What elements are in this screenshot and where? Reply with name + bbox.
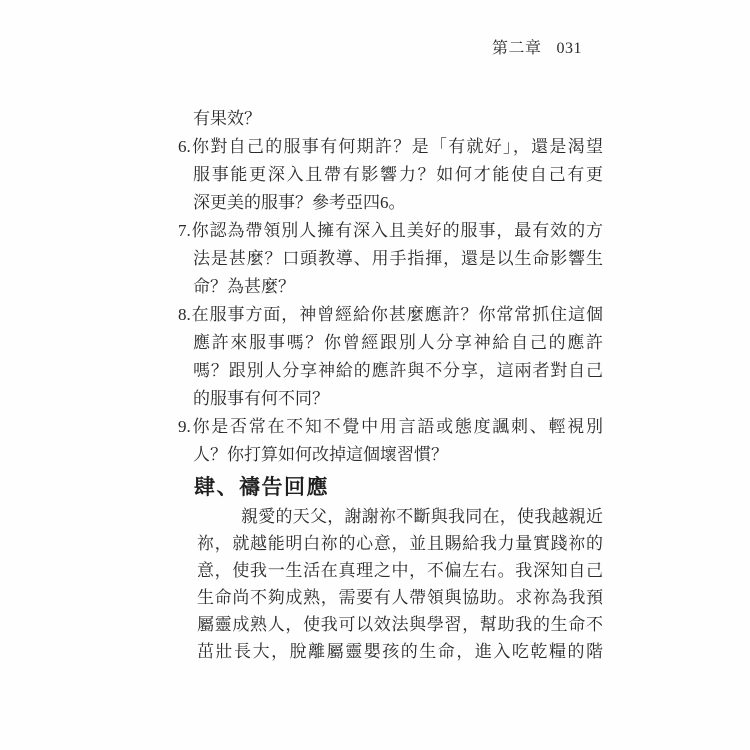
text-line: 8.在服事方面，神曾經給你甚麼應許？你常常抓住這個 <box>178 301 603 329</box>
text-line: 9.你是否常在不知不覺中用言語或態度諷刺、輕視別 <box>178 413 603 441</box>
text-line: 法是甚麼？口頭教導、用手指揮，還是以生命影響生 <box>178 245 603 273</box>
text-line: 6.你對自己的服事有何期許？是「有就好」，還是渴望 <box>178 133 603 161</box>
chapter-title: 第二章 <box>492 35 542 58</box>
text-line: 7.你認為帶領別人擁有深入且美好的服事，最有效的方 <box>178 217 603 245</box>
page-number: 031 <box>557 40 583 58</box>
text-line: 的服事有何不同？ <box>178 385 603 413</box>
text-line: 生命尚不夠成熟，需要有人帶領與協助。求祢為我預備 <box>197 584 603 611</box>
text-line: 應許來服事嗎？你曾經跟別人分享神給自己的應許 <box>178 329 603 357</box>
text-line: 命？為甚麼？ <box>178 273 603 301</box>
text-line: 服事能更深入且帶有影響力？如何才能使自己有更 <box>178 161 603 189</box>
question-list: 有果效？6.你對自己的服事有何期許？是「有就好」，還是渴望服事能更深入且帶有影響… <box>178 105 603 469</box>
text-line: 深更美的服事？參考亞四6。 <box>178 189 603 217</box>
text-line: 人？你打算如何改掉這個壞習慣？ <box>178 441 603 469</box>
text-line: 嗎？跟別人分享神給的應許與不分享，這兩者對自己 <box>178 357 603 385</box>
text-line: 親愛的天父，謝謝祢不斷與我同在，使我越親近 <box>197 503 603 530</box>
text-line: 有果效？ <box>178 105 603 133</box>
text-line: 意，使我一生活在真理之中，不偏左右。我深知自己的 <box>197 557 603 584</box>
book-page: 第二章 031 有果效？6.你對自己的服事有何期許？是「有就好」，還是渴望服事能… <box>0 0 750 750</box>
prayer-paragraph: 親愛的天父，謝謝祢不斷與我同在，使我越親近祢，就越能明白祢的心意，並且賜給我力量… <box>197 503 603 665</box>
text-line: 祢，就越能明白祢的心意，並且賜給我力量實踐祢的旨 <box>197 530 603 557</box>
text-line: 屬靈成熟人，使我可以效法與學習，幫助我的生命不斷 <box>197 611 603 638</box>
text-line: 茁壯長大，脫離屬靈嬰孩的生命，進入吃乾糧的階段， <box>197 638 603 665</box>
section-heading: 肆、禱告回應 <box>194 472 329 502</box>
page-header: 第二章 031 <box>492 35 582 55</box>
